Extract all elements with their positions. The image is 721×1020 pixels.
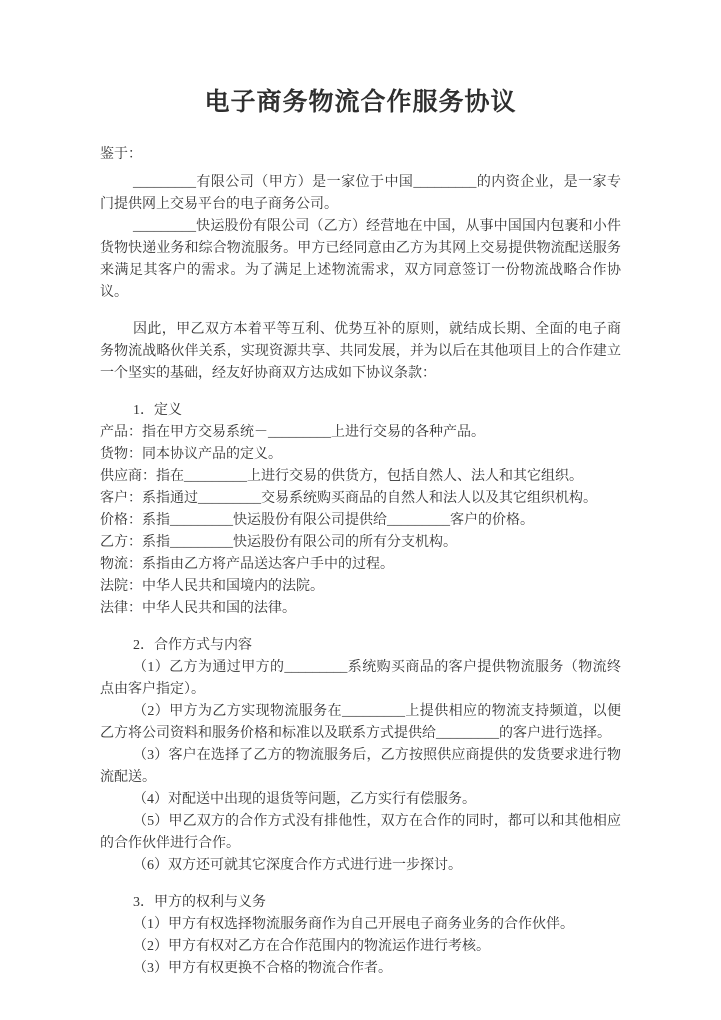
section-heading: 3．甲方的权利与义务	[100, 892, 621, 914]
paragraph: 物流：系指由乙方将产品送达客户手中的过程。	[100, 554, 621, 576]
paragraph: 货物：同本协议产品的定义。	[100, 444, 621, 466]
paragraph: 价格：系指_________快运股份有限公司提供给_________客户的价格。	[100, 510, 621, 532]
paragraph: 法律：中华人民共和国的法律。	[100, 598, 621, 620]
clause-item: （3）客户在选择了乙方的物流服务后，乙方按照供应商提供的发货要求进行物流配送。	[100, 745, 621, 789]
clause-item: （2）甲方为乙方实现物流服务在_________上提供相应的物流支持频道，以便乙…	[100, 701, 621, 745]
section-heading: 2．合作方式与内容	[100, 635, 621, 657]
section-heading: 1．定义	[100, 400, 621, 422]
clause-item: （5）甲乙双方的合作方式没有排他性，双方在合作的同时，都可以和其他相应的合作伙伴…	[100, 811, 621, 855]
paragraph: 产品：指在甲方交易系统－_________上进行交易的各种产品。	[100, 422, 621, 444]
clause-item: （2）甲方有权对乙方在合作范围内的物流运作进行考核。	[100, 936, 621, 958]
clause-item: （6）双方还可就其它深度合作方式进行进一步探讨。	[100, 855, 621, 877]
document-page: 电子商务物流合作服务协议 鉴于：_________有限公司（甲方）是一家位于中国…	[0, 0, 721, 1020]
paragraph: 客户：系指通过_________交易系统购买商品的自然人和法人以及其它组织机构。	[100, 488, 621, 510]
paragraph: 乙方：系指_________快运股份有限公司的所有分支机构。	[100, 532, 621, 554]
document-body: 鉴于：_________有限公司（甲方）是一家位于中国_________的内资企…	[100, 144, 621, 980]
paragraph: 供应商：指在_________上进行交易的供货方，包括自然人、法人和其它组织。	[100, 466, 621, 488]
paragraph: _________有限公司（甲方）是一家位于中国_________的内资企业，是…	[100, 172, 621, 216]
clause-item: （3）甲方有权更换不合格的物流合作者。	[100, 958, 621, 980]
document-content: 电子商务物流合作服务协议 鉴于：_________有限公司（甲方）是一家位于中国…	[0, 0, 721, 980]
paragraph: 因此，甲乙双方本着平等互利、优势互补的原则，就结成长期、全面的电子商务物流战略伙…	[100, 319, 621, 385]
paragraph: 法院：中华人民共和国境内的法院。	[100, 576, 621, 598]
document-title: 电子商务物流合作服务协议	[100, 88, 621, 118]
clause-item: （1）甲方有权选择物流服务商作为自己开展电子商务业务的合作伙伴。	[100, 914, 621, 936]
clause-item: （1）乙方为通过甲方的_________系统购买商品的客户提供物流服务（物流终点…	[100, 657, 621, 701]
clause-item: （4）对配送中出现的退货等问题，乙方实行有偿服务。	[100, 789, 621, 811]
preamble-label: 鉴于：	[100, 144, 621, 166]
paragraph: _________快运股份有限公司（乙方）经营地在中国，从事中国国内包裹和小件货…	[100, 216, 621, 304]
